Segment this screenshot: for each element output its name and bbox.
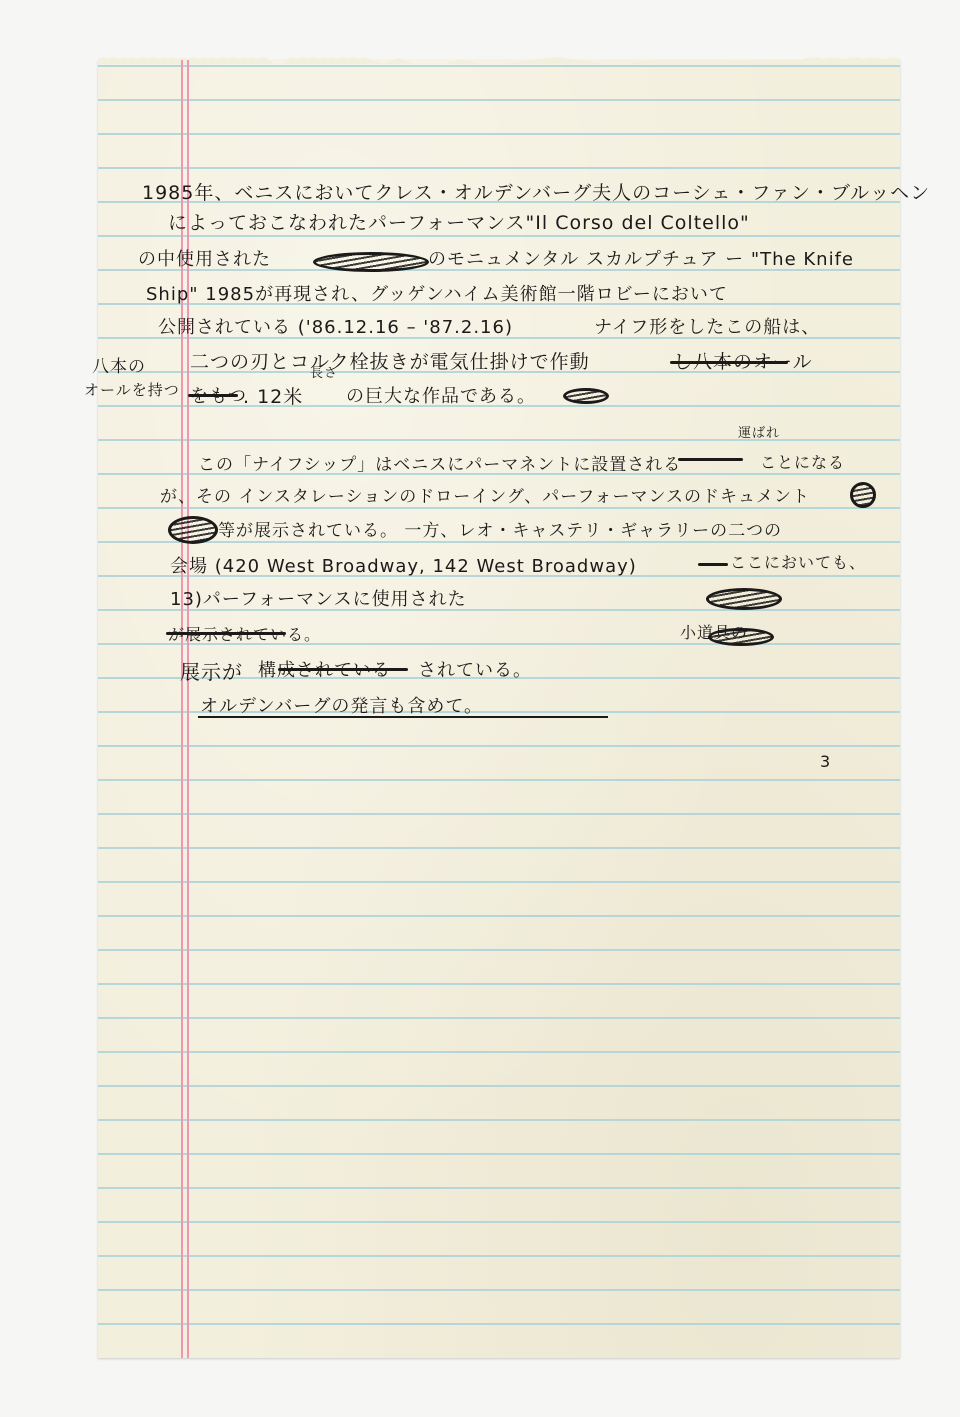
- ruled-line: [98, 235, 900, 237]
- margin-note-line2: オールを持つ: [84, 379, 180, 400]
- ruled-line: [98, 541, 900, 543]
- ruled-line: [98, 1085, 900, 1087]
- ruled-line: [98, 949, 900, 951]
- ruled-line: [98, 133, 900, 135]
- handwritten-line-14-cont: されている。: [418, 656, 532, 682]
- handwritten-line-7: . 12米: [243, 382, 303, 409]
- ruled-line: [98, 65, 900, 67]
- scribbled-out-word: [850, 482, 876, 508]
- strikethrough: [678, 458, 743, 461]
- ruled-line: [98, 813, 900, 815]
- handwritten-line-3-cont: のモニュメンタル スカルプチュア ー "The Knife: [428, 245, 854, 271]
- ruled-line: [98, 1255, 900, 1257]
- ruled-line: [98, 847, 900, 849]
- inserted-word: 長さ: [310, 362, 338, 381]
- ruled-line: [98, 983, 900, 985]
- scribbled-out-word: [168, 516, 218, 544]
- ruled-line: [98, 1153, 900, 1155]
- handwritten-line-8: この「ナイフシップ」はベニスにパーマネントに設置される: [198, 450, 681, 475]
- ruled-line: [98, 745, 900, 747]
- handwritten-line-7-cont: の巨大な作品である。: [346, 382, 536, 408]
- ruled-line: [98, 1323, 900, 1325]
- strikethrough: [670, 361, 788, 364]
- ruled-line: [98, 1289, 900, 1291]
- ruled-line: [98, 1221, 900, 1223]
- ruled-line: [98, 167, 900, 169]
- scribbled-out-word: [563, 388, 609, 404]
- handwritten-line-3: の中使用された: [138, 245, 271, 271]
- handwritten-line-8-cont: ことになる: [760, 450, 845, 473]
- handwritten-line-12: 13)パーフォーマンスに使用された: [170, 585, 467, 611]
- strikethrough: [698, 563, 728, 566]
- handwritten-line-10: 等が展示されている。 一方、レオ・キャステリ・ギャラリーの二つの: [218, 516, 782, 541]
- ruled-line: [98, 1187, 900, 1189]
- handwritten-line-2: によっておこなわれたパーフォーマンス"Il Corso del Coltello…: [168, 208, 750, 235]
- handwritten-line-1: 1985年、ベニスにおいてクレス・オルデンバーグ夫人のコーシェ・ファン・ブルッヘ…: [142, 178, 930, 205]
- ruled-line: [98, 779, 900, 781]
- ruled-line: [98, 1051, 900, 1053]
- handwritten-line-11-cont: ここにおいても、: [730, 550, 866, 573]
- ruled-line: [98, 1017, 900, 1019]
- scribbled-out-word: [706, 588, 782, 610]
- ruled-line: [98, 915, 900, 917]
- handwritten-line-5-cont: ナイフ形をしたこの船は、: [594, 313, 820, 339]
- strikethrough: [166, 632, 286, 635]
- handwritten-line-4: Ship" 1985が再現され、グッゲンハイム美術館一階ロビーにおいて: [146, 280, 728, 306]
- handwritten-line-9: が、その インスタレーションのドローイング、パーフォーマンスのドキュメント: [160, 482, 810, 507]
- notepad-page: 八本の オールを持つ 1985年、ベニスにおいてクレス・オルデンバーグ夫人のコー…: [98, 60, 900, 1358]
- handwritten-line-5: 公開されている ('86.12.16 – '87.2.16): [158, 313, 513, 339]
- handwritten-line-6: 二つの刃とコルク栓抜きが電気仕掛けで作動: [190, 347, 590, 374]
- strikethrough: [188, 394, 238, 397]
- strikethrough: [278, 668, 408, 671]
- scribbled-out-word: [313, 252, 429, 272]
- margin-note-line1: 八本の: [92, 352, 146, 377]
- underline: [198, 716, 608, 718]
- handwritten-line-14: 展示が: [180, 656, 243, 685]
- ruled-line: [98, 881, 900, 883]
- ruled-line: [98, 99, 900, 101]
- handwritten-line-11: 会場 (420 West Broadway, 142 West Broadway…: [170, 552, 637, 578]
- page-number: 3: [820, 752, 831, 771]
- handwritten-line-15: オルデンバーグの発言も含めて。: [200, 692, 483, 718]
- ruled-line: [98, 1119, 900, 1121]
- inserted-word: 運ばれ: [738, 422, 780, 441]
- scribbled-out-word: [708, 628, 774, 646]
- ruled-line: [98, 507, 900, 509]
